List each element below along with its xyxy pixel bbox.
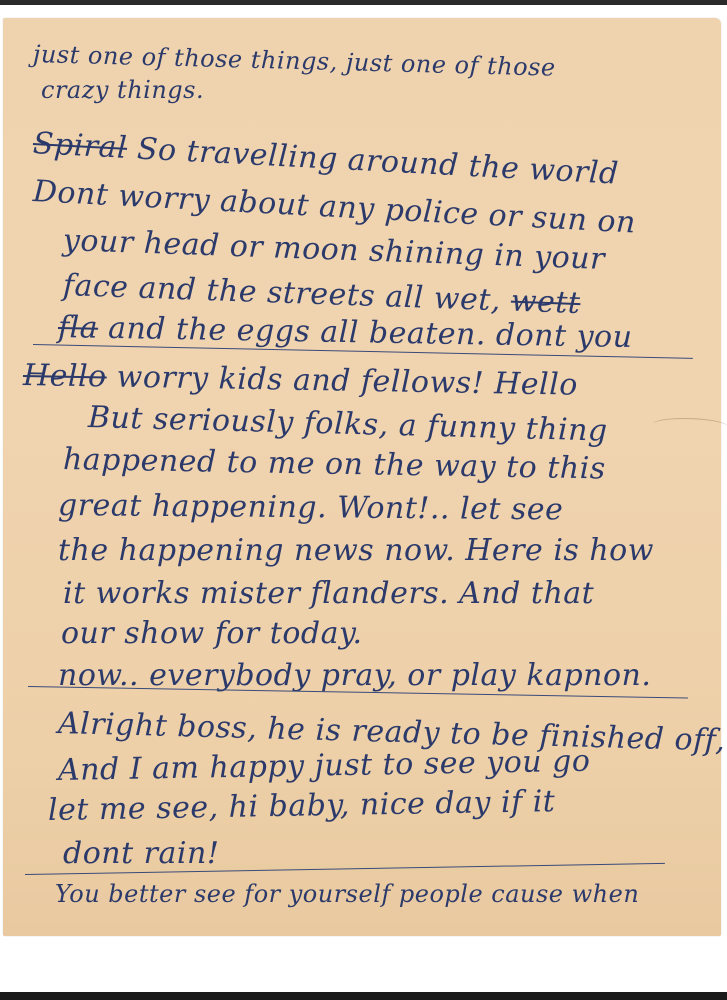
text-line-9: But seriously folks, a funny thing: [88, 400, 609, 449]
line-text: happened to me on the way to this: [63, 442, 606, 486]
text-line-13: it works mister flanders. And that: [63, 576, 594, 611]
text-line-14: our show for today.: [61, 616, 363, 651]
line-text: crazy things.: [41, 76, 204, 104]
struck-word: wett: [510, 284, 581, 321]
struck-word: Hello: [23, 358, 107, 394]
line-text: it works mister flanders. And that: [63, 576, 594, 611]
line-text: You better see for yourself people cause…: [55, 880, 639, 908]
struck-word: fla: [58, 310, 99, 346]
handwritten-text: just one of those things, just one of th…: [3, 18, 721, 936]
scan-border-top: [0, 0, 727, 5]
text-line-18: let me see, hi baby, nice day if it: [48, 784, 556, 828]
text-line-20: You better see for yourself people cause…: [55, 880, 639, 908]
line-text: But seriously folks, a funny thing: [88, 400, 609, 449]
text-line-10: happened to me on the way to this: [63, 442, 606, 486]
text-line-12: the happening news now. Here is how: [58, 533, 654, 568]
line-text: our show for today.: [61, 616, 363, 651]
line-text: great happening. Wont!.. let see: [58, 488, 564, 527]
manuscript-page: just one of those things, just one of th…: [3, 18, 721, 936]
text-line-19: dont rain!: [63, 836, 219, 871]
text-line-2: crazy things.: [41, 76, 204, 104]
text-line-11: great happening. Wont!.. let see: [58, 488, 564, 527]
line-text: And I am happy just to see you go: [58, 744, 591, 788]
scan-border-bottom: [0, 992, 727, 1000]
line-text: the happening news now. Here is how: [58, 533, 654, 568]
text-line-17: And I am happy just to see you go: [58, 744, 591, 788]
text-line-8: Hello worry kids and fellows! Hello: [23, 358, 578, 403]
struck-word: Spiral: [32, 126, 128, 166]
line-text: let me see, hi baby, nice day if it: [48, 784, 556, 828]
line-text: worry kids and fellows! Hello: [116, 360, 578, 403]
line-text: dont rain!: [63, 836, 219, 871]
